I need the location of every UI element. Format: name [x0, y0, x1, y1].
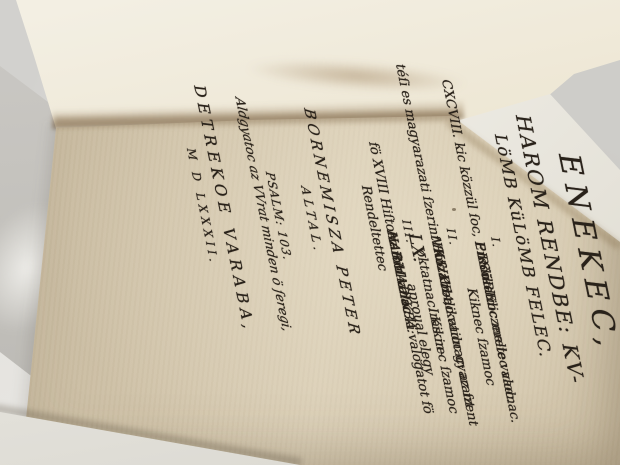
title-page-text: ENEKEC, HAROM RENDBE: KV- LöMB KüLöMB FE… [50, 0, 620, 453]
book-photo: ENEKEC, HAROM RENDBE: KV- LöMB KüLöMB FE… [0, 0, 620, 465]
